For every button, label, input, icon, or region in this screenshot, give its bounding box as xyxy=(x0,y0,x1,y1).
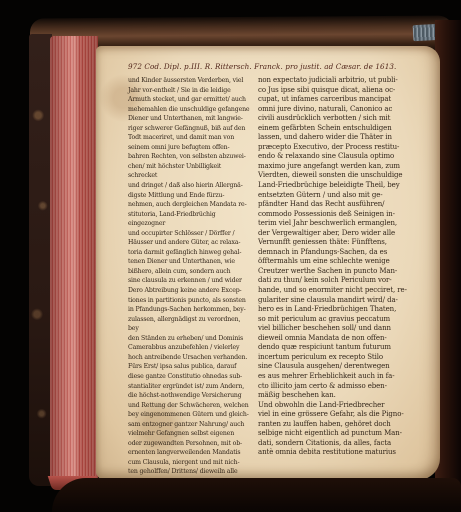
text-columns: und Kinder äussersten Verderben, viel Ja… xyxy=(128,76,432,487)
text-column-right: non expectato judiciali arbitrio, ut pub… xyxy=(258,76,432,487)
bottom-shadow xyxy=(52,478,461,512)
red-page-fore-edge xyxy=(50,36,98,482)
text-column-left: und Kinder äussersten Verderben, viel Ja… xyxy=(128,76,250,487)
printed-text-block: 972 Cod. Dipl. p.III. R. Rittersch. Fran… xyxy=(128,62,432,496)
book-page: 972 Cod. Dipl. p.III. R. Rittersch. Fran… xyxy=(96,46,440,480)
book-photo-scene: 972 Cod. Dipl. p.III. R. Rittersch. Fran… xyxy=(0,0,461,512)
running-header: 972 Cod. Dipl. p.III. R. Rittersch. Fran… xyxy=(128,62,432,71)
book-left-cover-board xyxy=(29,34,52,486)
